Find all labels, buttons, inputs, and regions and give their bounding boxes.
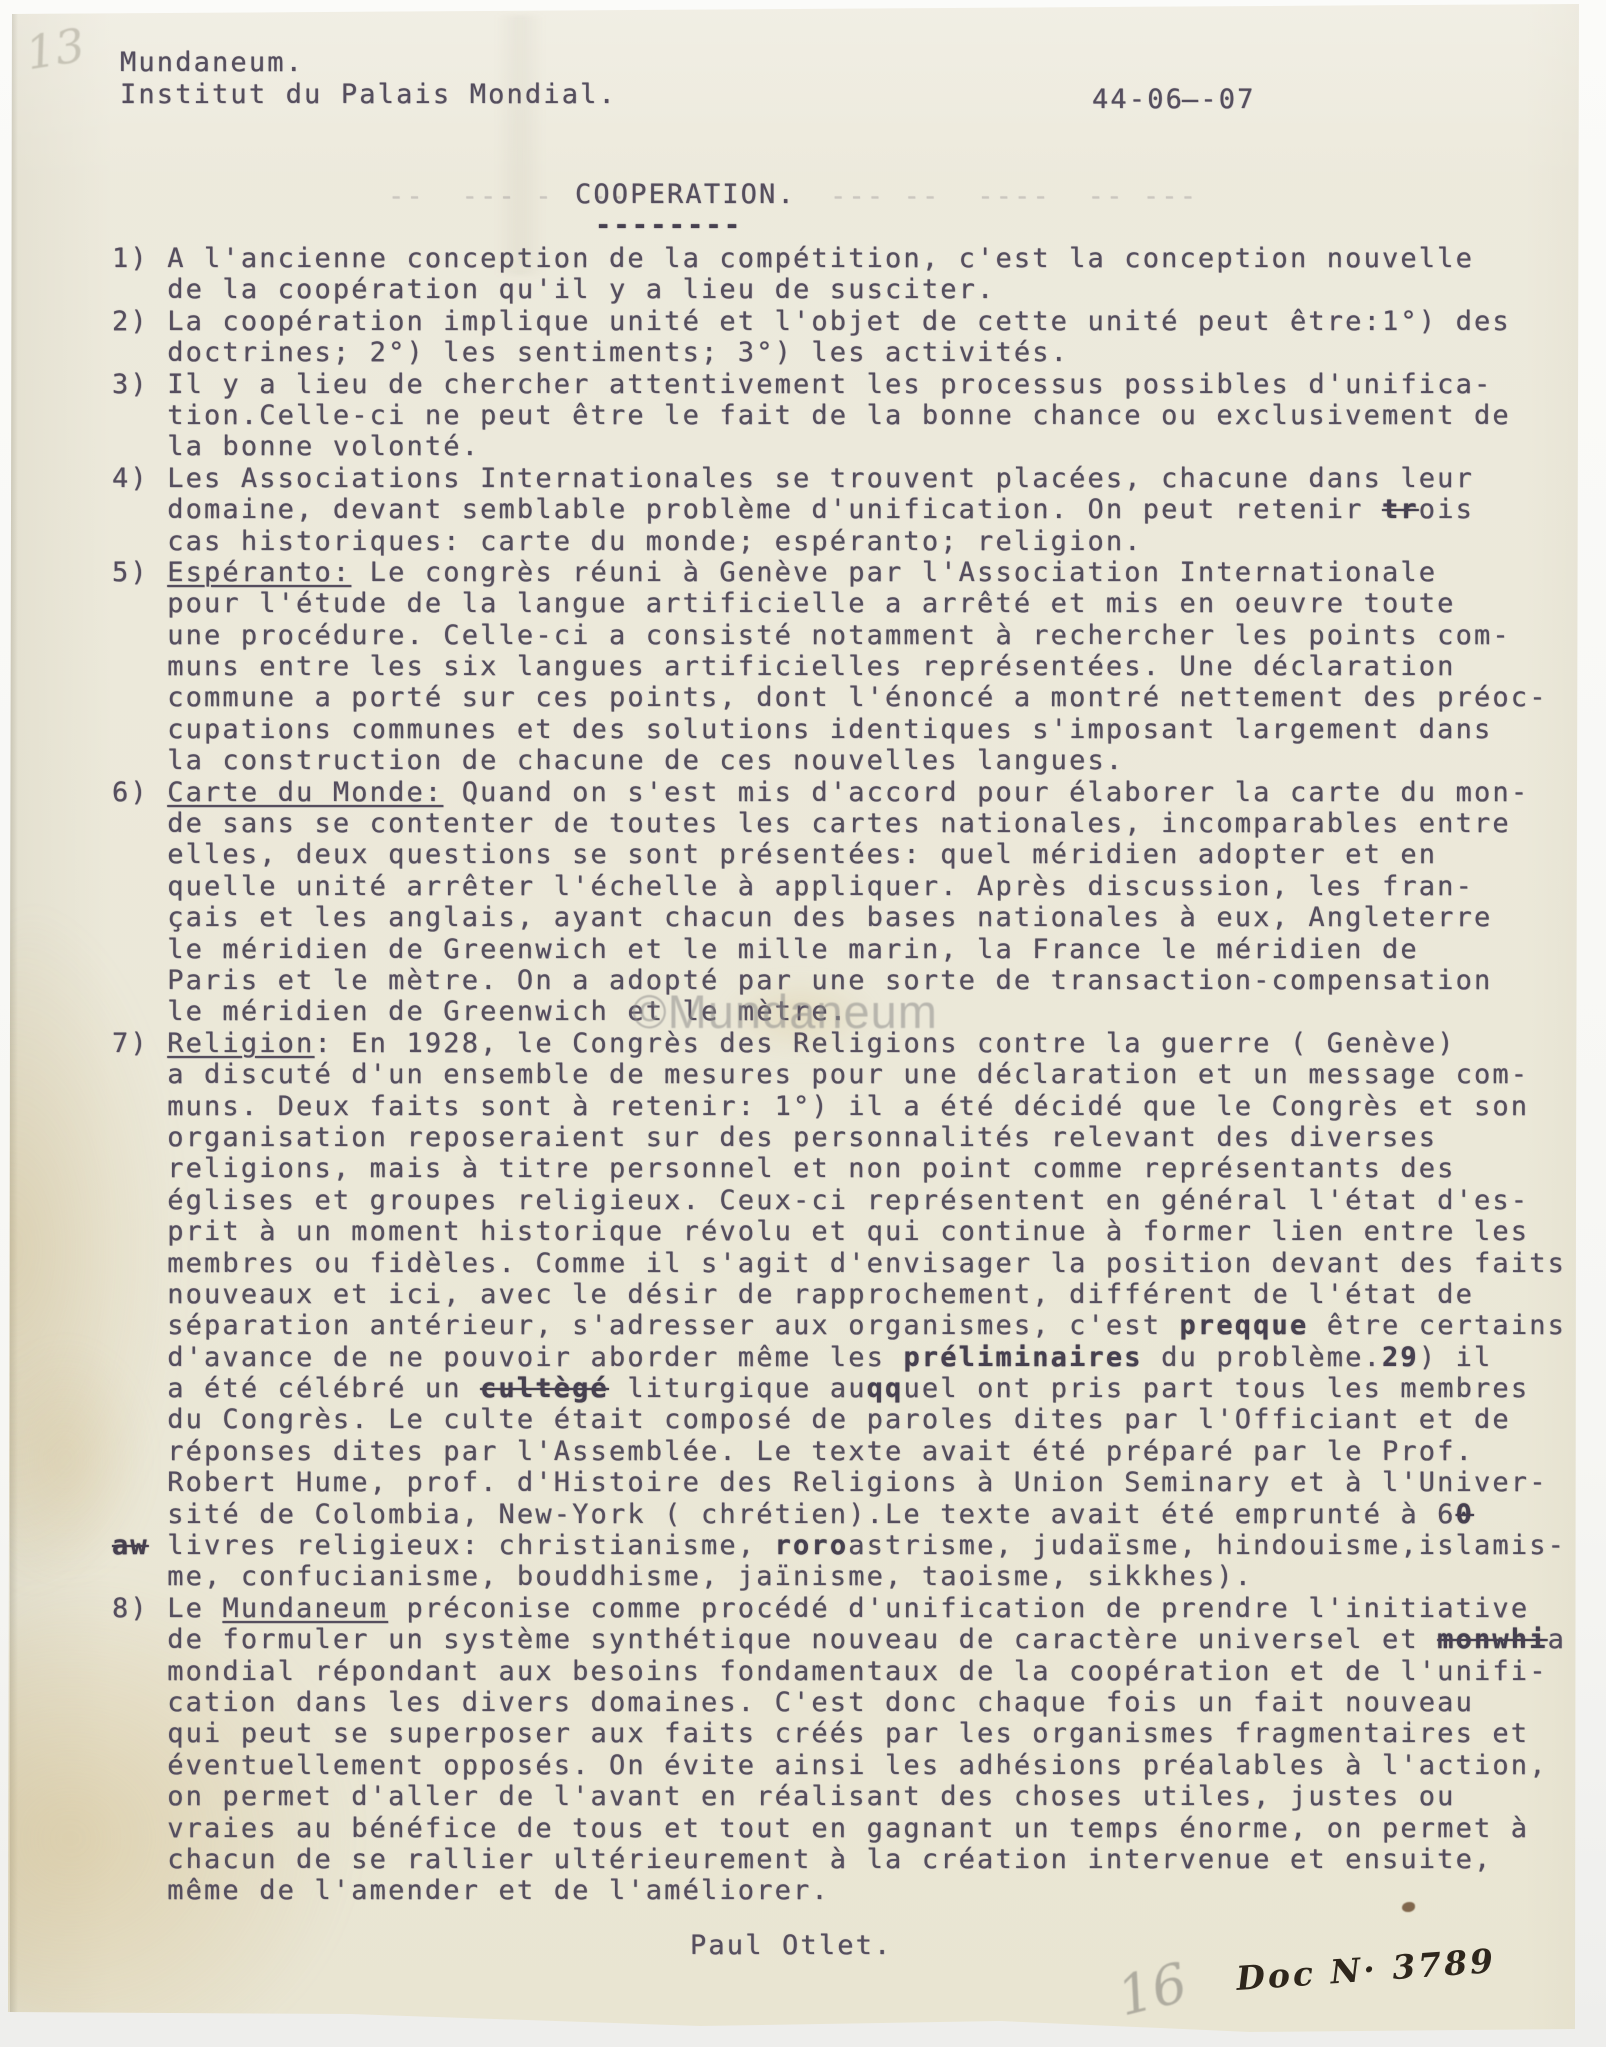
body-line: de la coopération qu'il y a lieu de susc… xyxy=(112,274,1566,305)
org-name: Mundaneum. xyxy=(120,47,304,78)
body-line: éventuellement opposés. On évite ainsi l… xyxy=(112,1750,1566,1781)
body-line: même de l'amender et de l'améliorer. xyxy=(112,1875,1566,1906)
body-line: aw livres religieux: christianisme, roro… xyxy=(112,1530,1566,1561)
body-line: chacun de se rallier ultérieurement à la… xyxy=(112,1844,1566,1875)
body-line: pour l'étude de la langue artificielle a… xyxy=(112,588,1566,619)
body-line: réponses dites par l'Assemblée. Le texte… xyxy=(112,1436,1566,1467)
body-line: du Congrès. Le culte était composé de pa… xyxy=(112,1404,1566,1435)
body-line: une procédure. Celle-ci a consisté notam… xyxy=(112,620,1566,651)
body-line: 4) Les Associations Internationales se t… xyxy=(112,463,1566,494)
body-line: le méridien de Greenwich et le mille mar… xyxy=(112,934,1566,965)
body-line: cupations communes et des solutions iden… xyxy=(112,714,1566,745)
body-line: me, confucianisme, bouddhisme, jaïnisme,… xyxy=(112,1561,1566,1592)
body-line: de sans se contenter de toutes les carte… xyxy=(112,808,1566,839)
body-text: 1) A l'ancienne conception de la compéti… xyxy=(112,243,1566,1907)
body-line: d'avance de ne pouvoir aborder même les … xyxy=(112,1342,1566,1373)
body-line: commune a porté sur ces points, dont l'é… xyxy=(112,682,1566,713)
body-line: muns. Deux faits sont à retenir: 1°) il … xyxy=(112,1091,1566,1122)
body-line: Robert Hume, prof. d'Histoire des Religi… xyxy=(112,1467,1566,1498)
paper-crease xyxy=(495,15,545,275)
body-line: la construction de chacune de ces nouvel… xyxy=(112,745,1566,776)
org-subtitle: Institut du Palais Mondial. xyxy=(120,79,617,110)
doc-date: 44-06̶-07 xyxy=(1092,84,1256,115)
body-line: églises et groupes religieux. Ceux-ci re… xyxy=(112,1185,1566,1216)
title-underline-dashes: -------- xyxy=(595,210,742,241)
body-line: 5) Espéranto: Le congrès réuni à Genève … xyxy=(112,557,1566,588)
scanned-document-page: Mundaneum. Institut du Palais Mondial. 4… xyxy=(0,0,1606,2047)
body-line: a été célébré un cultègé liturgique auqq… xyxy=(112,1373,1566,1404)
body-line: elles, deux questions se sont présentées… xyxy=(112,839,1566,870)
body-line: doctrines; 2°) les sentiments; 3°) les a… xyxy=(112,337,1566,368)
body-line: nouveaux et ici, avec le désir de rappro… xyxy=(112,1279,1566,1310)
body-line: vraies au bénéfice de tous et tout en ga… xyxy=(112,1813,1566,1844)
body-line: la bonne volonté. xyxy=(112,431,1566,462)
body-line: organisation reposeraient sur des person… xyxy=(112,1122,1566,1153)
mundaneum-watermark: ©Mundaneum xyxy=(632,984,938,1039)
body-line: çais et les anglais, ayant chacun des ba… xyxy=(112,902,1566,933)
body-line: cas historiques: carte du monde; espéran… xyxy=(112,526,1566,557)
body-line: 1) A l'ancienne conception de la compéti… xyxy=(112,243,1566,274)
body-line: on permet d'aller de l'avant en réalisan… xyxy=(112,1781,1566,1812)
signature: Paul Otlet. xyxy=(690,1930,892,1961)
ghost-dashes-right: --- -- ---- -- --- xyxy=(830,181,1198,212)
body-line: religions, mais à titre personnel et non… xyxy=(112,1153,1566,1184)
pencil-mark-top-left: 13 xyxy=(22,18,88,80)
body-line: muns entre les six langues artificielles… xyxy=(112,651,1566,682)
body-line: 8) Le Mundaneum préconise comme procédé … xyxy=(112,1593,1566,1624)
body-line: tion.Celle-ci ne peut être le fait de la… xyxy=(112,400,1566,431)
body-line: prit à un moment historique révolu et qu… xyxy=(112,1216,1566,1247)
body-line: mondial répondant aux besoins fondamenta… xyxy=(112,1656,1566,1687)
body-line: 3) Il y a lieu de chercher attentivement… xyxy=(112,369,1566,400)
body-line: séparation antérieur, s'adresser aux org… xyxy=(112,1310,1566,1341)
body-line: a discuté d'un ensemble de mesures pour … xyxy=(112,1059,1566,1090)
body-line: sité de Colombia, New-York ( chrétien).L… xyxy=(112,1499,1566,1530)
body-line: qui peut se superposer aux faits créés p… xyxy=(112,1718,1566,1749)
body-line: de formuler un système synthétique nouve… xyxy=(112,1624,1566,1655)
body-line: membres ou fidèles. Comme il s'agit d'en… xyxy=(112,1248,1566,1279)
page-title: COOPERATION. xyxy=(575,179,796,210)
body-line: cation dans les divers domaines. C'est d… xyxy=(112,1687,1566,1718)
body-line: quelle unité arrêter l'échelle à appliqu… xyxy=(112,871,1566,902)
body-line: domaine, devant semblable problème d'uni… xyxy=(112,494,1566,525)
body-line: 2) La coopération implique unité et l'ob… xyxy=(112,306,1566,337)
body-line: 6) Carte du Monde: Quand on s'est mis d'… xyxy=(112,777,1566,808)
